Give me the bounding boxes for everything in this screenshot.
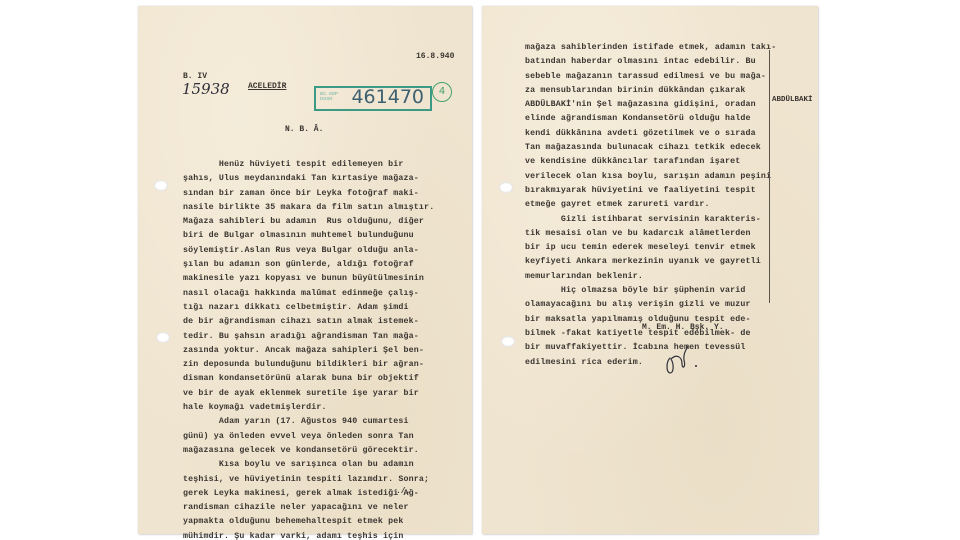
text-line: şılan bu adamın son günlerde, aldığı fot… <box>183 258 434 272</box>
text-line: teşhisi, ve hüviyetinin tespiti lazımdır… <box>183 473 434 487</box>
text-line: bırakmıyarak hüviyetini ve faaliyetini t… <box>525 184 776 198</box>
text-line: edilmesini rica ederim. <box>525 356 776 370</box>
text-line: Mağaza sahibleri bu adamın Rus olduğunu,… <box>183 215 434 229</box>
text-line: olamayacağını bu alış verişin gizli ve m… <box>525 298 776 312</box>
document-heading: N. B. Â. <box>285 125 323 134</box>
text-line: Kısa boylu ve sarışınca olan bu adamın <box>183 458 434 472</box>
punch-hole <box>154 180 168 191</box>
circled-page-number: 4 <box>432 82 452 102</box>
text-line: hale koymağı vadetmişlerdir. <box>183 401 434 415</box>
text-line: biri de Bulgar olmasının muhtemel bulund… <box>183 229 434 243</box>
text-line: mühimdir. Şu kadar varki, adamı teşhis i… <box>183 530 434 540</box>
text-line: söylemiştir.Aslan Rus veya Bulgar olduğu… <box>183 244 434 258</box>
document-date: 16.8.940 <box>416 52 454 61</box>
text-line: Tan mağazasında bulunacak cihazı tetkik … <box>525 141 776 155</box>
archive-stamp: BC. SDP DSSR 461470 <box>314 86 432 111</box>
margin-line <box>769 50 770 303</box>
punch-hole <box>156 332 170 343</box>
text-line: sından bir zaman önce bir Leyka fotoğraf… <box>183 187 434 201</box>
text-line: nasıl olacağı hakkında malûmat edinmeğe … <box>183 287 434 301</box>
text-line: de bir ağrandisman cihazı satın almak is… <box>183 315 434 329</box>
signature-icon <box>664 344 704 376</box>
left-page-body: Henüz hüviyeti tespit edilemeyen birşahı… <box>183 158 434 540</box>
text-line: Hiç olmazsa böyle bir şüphenin varid <box>525 284 776 298</box>
right-page-body: mağaza sahiblerinden istifade etmek, ada… <box>525 41 776 370</box>
text-line: tığı nazarı dikkatı celbetmiştir. Adam ş… <box>183 301 434 315</box>
text-line: randisman cihazile neler yapacağını ve n… <box>183 501 434 515</box>
text-line: kendi dükkânına avdeti gözetilmek ve o s… <box>525 127 776 141</box>
punch-hole <box>499 182 513 193</box>
punch-hole <box>501 336 515 347</box>
stamp-text: BC. SDP DSSR <box>320 91 338 101</box>
text-line: zin deposunda bulunduğunu bildikleri bir… <box>183 358 434 372</box>
classification-label: ACELEDİR <box>248 82 286 91</box>
text-line: sebeble mağazanın tarassud edilmesi ve b… <box>525 70 776 84</box>
text-line: zasında yoktur. Ancak mağaza sahipleri Ş… <box>183 344 434 358</box>
signature-block: M. Em. H. Bşk. Y. <box>642 323 724 332</box>
text-line: tik mesaisi olan ve bu kadarcık alâmetle… <box>525 227 776 241</box>
text-line: Adam yarın (17. Ağustos 940 cumartesi <box>183 415 434 429</box>
text-line: disman kondansetörünü alarak buna bir ob… <box>183 372 434 386</box>
text-line: keyfiyeti Ankara merkezinin uyanık ve ga… <box>525 255 776 269</box>
text-line: Henüz hüviyeti tespit edilemeyen bir <box>183 158 434 172</box>
text-line: makinesile yazı kopyası ve bunun büyütül… <box>183 272 434 286</box>
text-line: yapmakta olduğunu behemehaltespit etmek … <box>183 515 434 529</box>
text-line: ABDÜLBAKİ'nin Şel mağazasına gidişini, o… <box>525 98 776 112</box>
text-line: Gizli istihbarat servisinin karakteris- <box>525 213 776 227</box>
text-line: mağazasına gelecek ve kondansetörü görec… <box>183 444 434 458</box>
text-line: tedir. Bu şahsın aradığı ağrandisman Tan… <box>183 330 434 344</box>
handwritten-number: 15938 <box>182 80 230 98</box>
continuation-mark: ./. <box>396 487 410 496</box>
margin-note: ABDÜLBAKİ <box>772 96 813 104</box>
text-line: nasile birlikte 35 makara da film satın … <box>183 201 434 215</box>
stamp-number: 461470 <box>351 86 424 108</box>
text-line: şahıs, Ulus meydanındaki Tan kırtasiye m… <box>183 172 434 186</box>
text-line: bir ip ucu temin ederek meseleyi tenvir … <box>525 241 776 255</box>
text-line: memurlarından beklenir. <box>525 270 776 284</box>
text-line: ve bir de ayak eklenmek suretile işe yar… <box>183 387 434 401</box>
text-line: günü) ya önleden evvel veya önleden sonr… <box>183 430 434 444</box>
text-line: elinde ağrandisman Kondansetörü olduğu h… <box>525 112 776 126</box>
text-line: batından haberdar olmasını intac edebili… <box>525 55 776 69</box>
text-line: bir muvaffakiyettir. İcabına hemen teves… <box>525 341 776 355</box>
text-line: ve kendisine dükkâncılar tarafından işar… <box>525 155 776 169</box>
text-line: za mensublarından birinin dükkândan çıka… <box>525 84 776 98</box>
text-line: mağaza sahiblerinden istifade etmek, ada… <box>525 41 776 55</box>
text-line: verilecek olan kısa boylu, sarışın adamı… <box>525 170 776 184</box>
text-line: etmeğe gayret etmek zarureti vardır. <box>525 198 776 212</box>
